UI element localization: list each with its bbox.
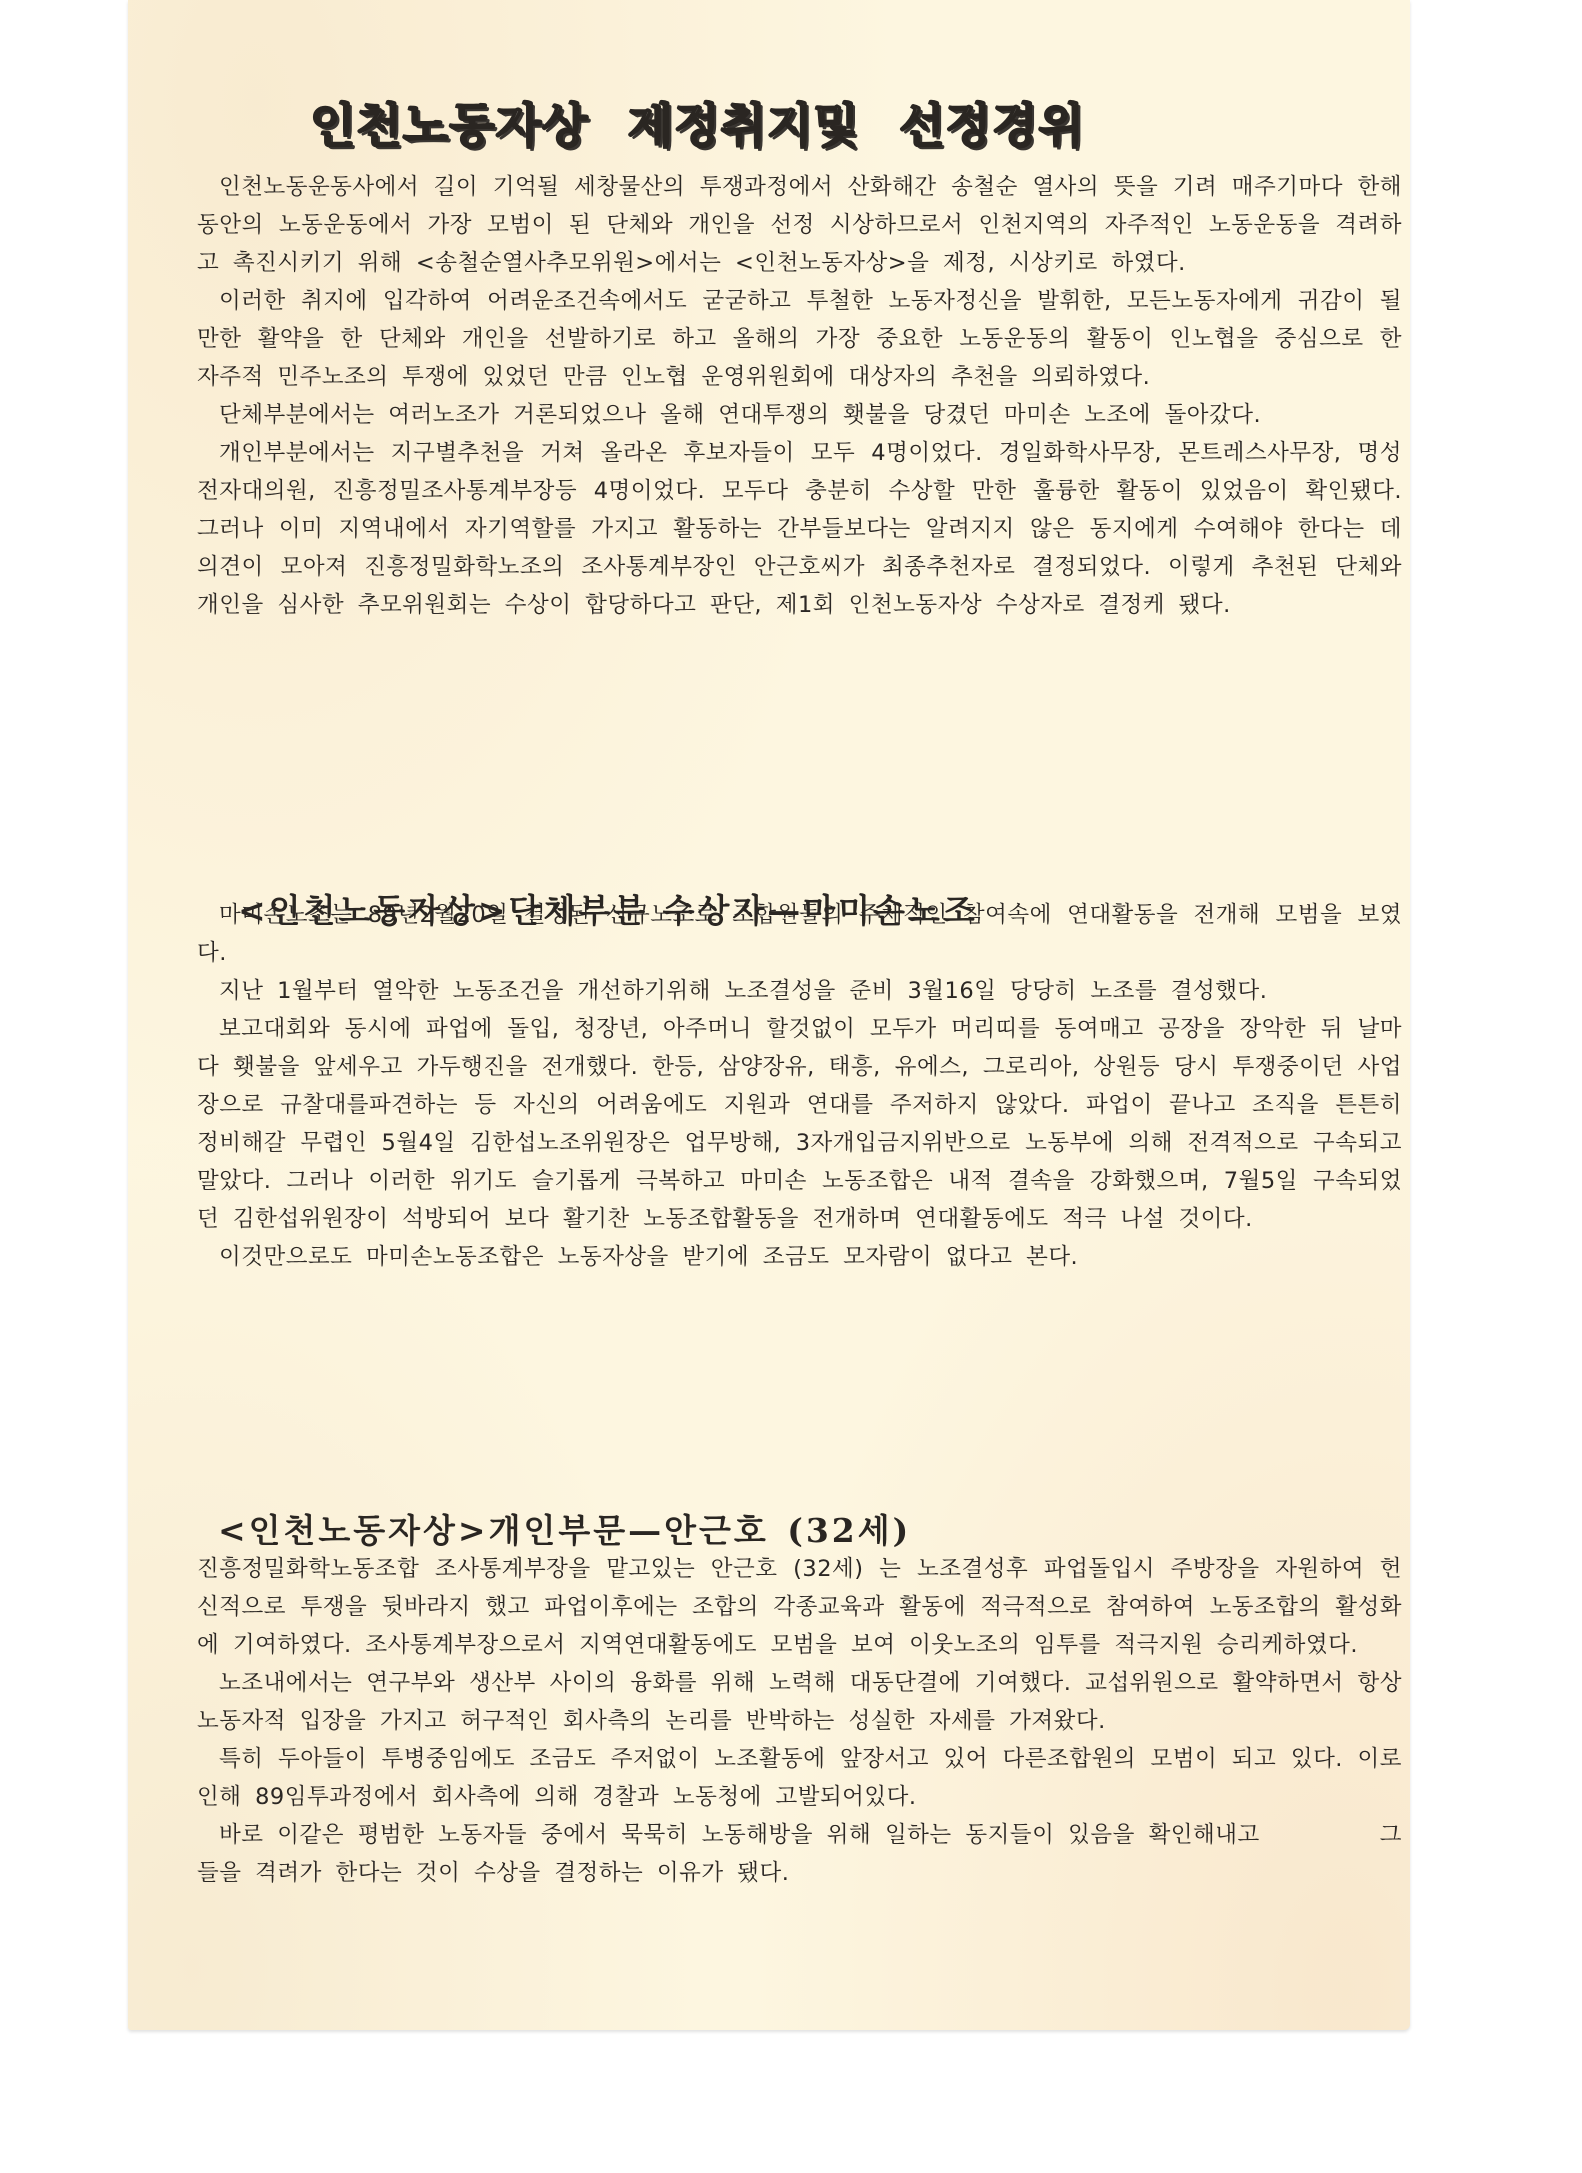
intro-paragraph: 단체부분에서는 여러노조가 거론되었으나 올해 연대투쟁의 횃불을 당겼던 마미…: [197, 396, 1402, 434]
document-title: 인천노동자상 제정취지및 선정경위: [310, 89, 1085, 156]
closing-text-part1: 바로 이같은 평범한 노동자들 중에서 묵묵히 노동해방을 위해 일하는 동지들…: [219, 1822, 1260, 1848]
group-award-section: 마미손노조는 89년2월20일 결성된 신규노조로 조합원들의 주체적인 참여속…: [197, 896, 1402, 1276]
individual-award-heading: <인천노동자상>개인부문—안근호 (32세): [218, 1505, 911, 1552]
closing-paragraph: 바로 이같은 평범한 노동자들 중에서 묵묵히 노동해방을 위해 일하는 동지들…: [197, 1816, 1402, 1892]
group-paragraph: 지난 1월부터 열악한 노동조건을 개선하기위해 노조결성을 준비 3월16일 …: [197, 972, 1402, 1010]
group-paragraph: 보고대회와 동시에 파업에 돌입, 청장년, 아주머니 할것없이 모두가 머리띠…: [197, 1010, 1402, 1238]
group-paragraph: 마미손노조는 89년2월20일 결성된 신규노조로 조합원들의 주체적인 참여속…: [197, 896, 1402, 972]
intro-paragraph: 인천노동운동사에서 길이 기억될 세창물산의 투쟁과정에서 산화해간 송철순 열…: [197, 168, 1402, 282]
individual-paragraph: 진흥정밀화학노동조합 조사통계부장을 맡고있는 안근호 (32세) 는 노조결성…: [197, 1550, 1402, 1664]
intro-paragraph: 이러한 취지에 입각하여 어려운조건속에서도 굳굳하고 투철한 노동자정신을 발…: [197, 282, 1402, 396]
individual-paragraph: 노조내에서는 연구부와 생산부 사이의 융화를 위해 노력해 대동단결에 기여했…: [197, 1664, 1402, 1740]
group-paragraph: 이것만으로도 마미손노동조합은 노동자상을 받기에 조금도 모자람이 없다고 본…: [197, 1238, 1402, 1276]
individual-award-section: 진흥정밀화학노동조합 조사통계부장을 맡고있는 안근호 (32세) 는 노조결성…: [197, 1550, 1402, 1892]
intro-paragraph: 개인부분에서는 지구별추천을 거쳐 올라온 후보자들이 모두 4명이었다. 경일…: [197, 434, 1402, 624]
individual-paragraph: 특히 두아들이 투병중임에도 조금도 주저없이 노조활동에 앞장서고 있어 다른…: [197, 1740, 1402, 1816]
intro-section: 인천노동운동사에서 길이 기억될 세창물산의 투쟁과정에서 산화해간 송철순 열…: [197, 168, 1402, 624]
